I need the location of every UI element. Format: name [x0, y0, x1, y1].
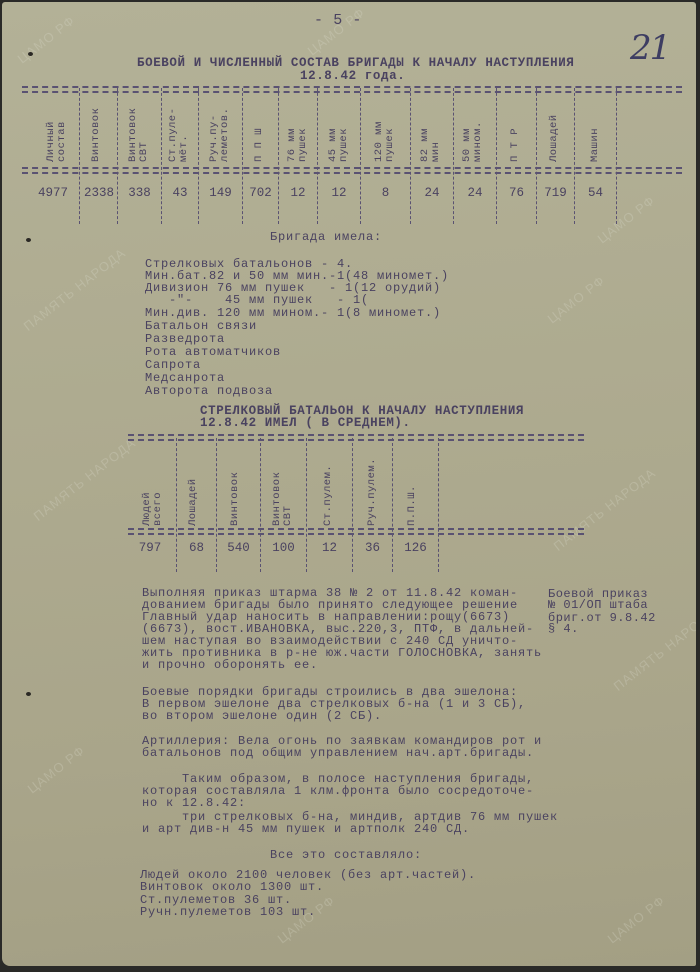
column-header-men-total: Людей всего: [142, 450, 164, 526]
column-divider: [198, 88, 199, 224]
column-header-vehicles: Машин: [590, 98, 601, 162]
column-divider: [438, 438, 439, 572]
column-header-svt-rifles: Винтовок СВТ: [128, 98, 150, 162]
unit-line: Рота автоматчиков: [145, 345, 281, 359]
value-heavy-mg: 12: [307, 541, 352, 555]
value-light-mg: 36: [353, 541, 392, 555]
table-top-rule: [22, 86, 682, 93]
watermark: ЦАМО РФ: [25, 743, 88, 797]
value-personnel: 4977: [30, 186, 76, 200]
column-header-45mm-guns: 45 мм пушек: [328, 98, 350, 162]
column-header-50mm-mortars: 50 мм мином.: [462, 98, 484, 162]
total-line: Ручн.пулеметов 103 шт.: [140, 905, 316, 919]
column-header-heavy-mg: Ст.пулем.: [323, 450, 334, 526]
column-divider: [453, 88, 454, 224]
table-top-rule: [128, 434, 584, 441]
value-horses: 719: [537, 186, 574, 200]
archive-document-page: ЦАМО РФ ЦАМО РФ ЦАМО РФ ПАМЯТЬ НАРОДА ЦА…: [2, 2, 696, 966]
column-header-heavy-mg: Ст.пуле- мёт.: [168, 98, 190, 162]
value-ppsh: 126: [393, 541, 438, 555]
column-header-horses: Лошадей: [188, 450, 199, 526]
column-divider: [410, 88, 411, 224]
column-header-rifles: Винтовок: [91, 98, 102, 162]
watermark: ПАМЯТЬ НАРОДА: [21, 245, 129, 334]
unit-line: Авторота подвоза: [145, 384, 273, 398]
column-header-ppsh: П.П.Ш.: [407, 450, 418, 526]
column-divider: [161, 88, 162, 224]
column-divider: [536, 88, 537, 224]
battalion-title-date: 12.8.42 ИМЕЛ ( В СРЕДНЕМ).: [200, 416, 411, 430]
document-title: БОЕВОЙ И ЧИСЛЕННЫЙ СОСТАВ БРИГАДЫ К НАЧА…: [137, 56, 574, 70]
text-line: и арт див-н 45 мм пушек и артполк 240 СД…: [142, 822, 470, 836]
punch-hole: [28, 52, 33, 56]
unit-line: Мин.див. 120 мм мином.- 1(8 миномет.): [145, 306, 441, 320]
value-horses: 68: [177, 541, 216, 555]
margin-note-line: № 01/ОП штаба: [548, 599, 648, 611]
punch-hole: [26, 692, 31, 696]
watermark: ЦАМО РФ: [605, 893, 668, 947]
column-divider: [360, 88, 361, 224]
page-number: - 5 -: [314, 12, 362, 29]
column-header-light-mg: Руч.пулем.: [367, 450, 378, 526]
column-header-svt-rifles: Винтовок СВТ: [272, 450, 294, 526]
value-svt-rifles: 100: [261, 541, 306, 555]
column-header-120mm: 120 мм пушек: [374, 98, 396, 162]
unit-line: -"- 45 мм пушек - 1(: [145, 293, 369, 307]
column-header-ppsh: П П Ш: [254, 98, 265, 162]
text-line: и прочно оборонять ее.: [142, 658, 318, 672]
column-header-light-mg: Руч.пу- леметов.: [209, 98, 231, 162]
value-men-total: 797: [130, 541, 170, 555]
total-line: Винтовок около 1300 шт.: [140, 880, 324, 894]
value-heavy-mg: 43: [162, 186, 198, 200]
value-120mm: 8: [361, 186, 410, 200]
column-divider: [242, 88, 243, 224]
brigade-units-heading: Бригада имела:: [270, 230, 382, 244]
watermark: ПАМЯТЬ НАРОДА: [31, 435, 139, 524]
value-svt-rifles: 338: [118, 186, 161, 200]
value-vehicles: 54: [575, 186, 616, 200]
punch-hole: [26, 238, 31, 242]
text-line: но к 12.8.42:: [142, 796, 246, 810]
column-divider: [317, 88, 318, 224]
column-header-76mm-guns: 76 мм пушек: [287, 98, 309, 162]
column-header-horses: Лошадей: [549, 98, 560, 162]
column-header-rifles: Винтовок: [230, 450, 241, 526]
totals-heading: Все это составляло:: [270, 848, 422, 862]
column-divider: [79, 88, 80, 224]
value-50mm-mortars: 24: [454, 186, 496, 200]
text-line: во втором эшелоне один (2 СБ).: [142, 709, 382, 723]
value-light-mg: 149: [199, 186, 242, 200]
watermark: ЦАМО РФ: [15, 13, 78, 67]
value-ppsh: 702: [243, 186, 278, 200]
margin-note-line: § 4.: [548, 623, 579, 635]
column-divider: [117, 88, 118, 224]
column-divider: [496, 88, 497, 224]
value-ptr: 76: [497, 186, 536, 200]
watermark: ЦАМО РФ: [595, 193, 658, 247]
document-title-date: 12.8.42 года.: [300, 69, 405, 83]
archive-sheet-number: 21: [630, 28, 669, 68]
unit-line: Батальон связи: [145, 319, 257, 333]
table-header-rule: [128, 528, 584, 535]
value-rifles: 540: [217, 541, 260, 555]
column-header-82mm-mortars: 82 мм мин: [420, 98, 442, 162]
value-82mm-mortars: 24: [411, 186, 453, 200]
value-45mm-guns: 12: [318, 186, 360, 200]
column-divider: [278, 88, 279, 224]
watermark: ПАМЯТЬ НАРОДА: [551, 465, 659, 554]
unit-line: Разведрота: [145, 332, 225, 346]
unit-line: Сапрота: [145, 358, 201, 372]
column-header-personnel: Личный состав: [46, 98, 68, 162]
text-line: батальонов под общим управлением нач.арт…: [142, 746, 534, 760]
column-divider: [574, 88, 575, 224]
column-divider: [616, 88, 617, 224]
watermark: ЦАМО РФ: [545, 273, 608, 327]
value-rifles: 2338: [80, 186, 118, 200]
value-76mm-guns: 12: [279, 186, 317, 200]
table-header-rule: [22, 167, 682, 174]
column-header-ptr: П Т Р: [510, 98, 521, 162]
unit-line: Медсанрота: [145, 371, 225, 385]
